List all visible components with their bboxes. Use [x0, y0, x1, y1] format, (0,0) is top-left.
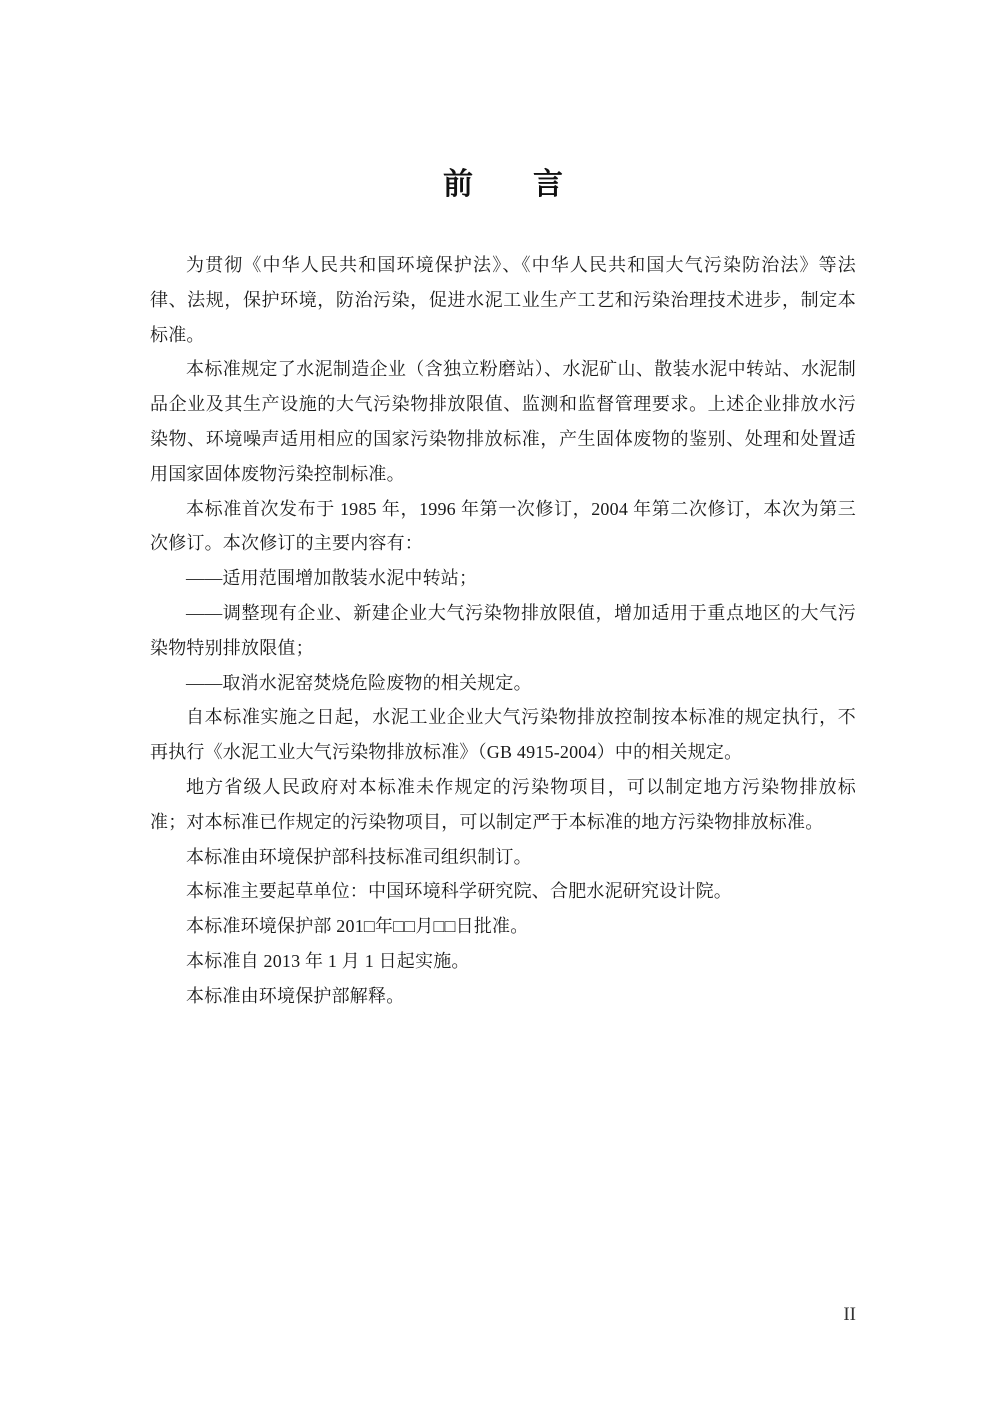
document-page: 前 言 为贯彻《中华人民共和国环境保护法》、《中华人民共和国大气污染防治法》等法… — [0, 0, 1000, 1414]
paragraph: 为贯彻《中华人民共和国环境保护法》、《中华人民共和国大气污染防治法》等法律、法规… — [150, 248, 856, 352]
paragraph: 本标准首次发布于 1985 年，1996 年第一次修订，2004 年第二次修订，… — [150, 492, 856, 562]
paragraph: 本标准规定了水泥制造企业（含独立粉磨站）、水泥矿山、散装水泥中转站、水泥制品企业… — [150, 352, 856, 491]
page-number: II — [150, 1303, 856, 1327]
page-content: 前 言 为贯彻《中华人民共和国环境保护法》、《中华人民共和国大气污染防治法》等法… — [150, 170, 856, 1014]
page-title: 前 言 — [150, 170, 856, 200]
paragraph: 本标准主要起草单位：中国环境科学研究院、合肥水泥研究设计院。 — [150, 874, 856, 909]
paragraph: 自本标准实施之日起，水泥工业企业大气污染物排放控制按本标准的规定执行，不再执行《… — [150, 700, 856, 770]
paragraph: 地方省级人民政府对本标准未作规定的污染物项目，可以制定地方污染物排放标准；对本标… — [150, 770, 856, 840]
paragraph: 本标准环境保护部 201□年□□月□□日批准。 — [150, 909, 856, 944]
paragraph: 本标准由环境保护部科技标准司组织制订。 — [150, 840, 856, 875]
paragraph: ——取消水泥窑焚烧危险废物的相关规定。 — [150, 666, 856, 701]
paragraph: 本标准由环境保护部解释。 — [150, 979, 856, 1014]
paragraph: ——调整现有企业、新建企业大气污染物排放限值，增加适用于重点地区的大气污染物特别… — [150, 596, 856, 666]
paragraph: 本标准自 2013 年 1 月 1 日起实施。 — [150, 944, 856, 979]
preface-body: 为贯彻《中华人民共和国环境保护法》、《中华人民共和国大气污染防治法》等法律、法规… — [150, 248, 856, 1014]
paragraph: ——适用范围增加散装水泥中转站； — [150, 561, 856, 596]
